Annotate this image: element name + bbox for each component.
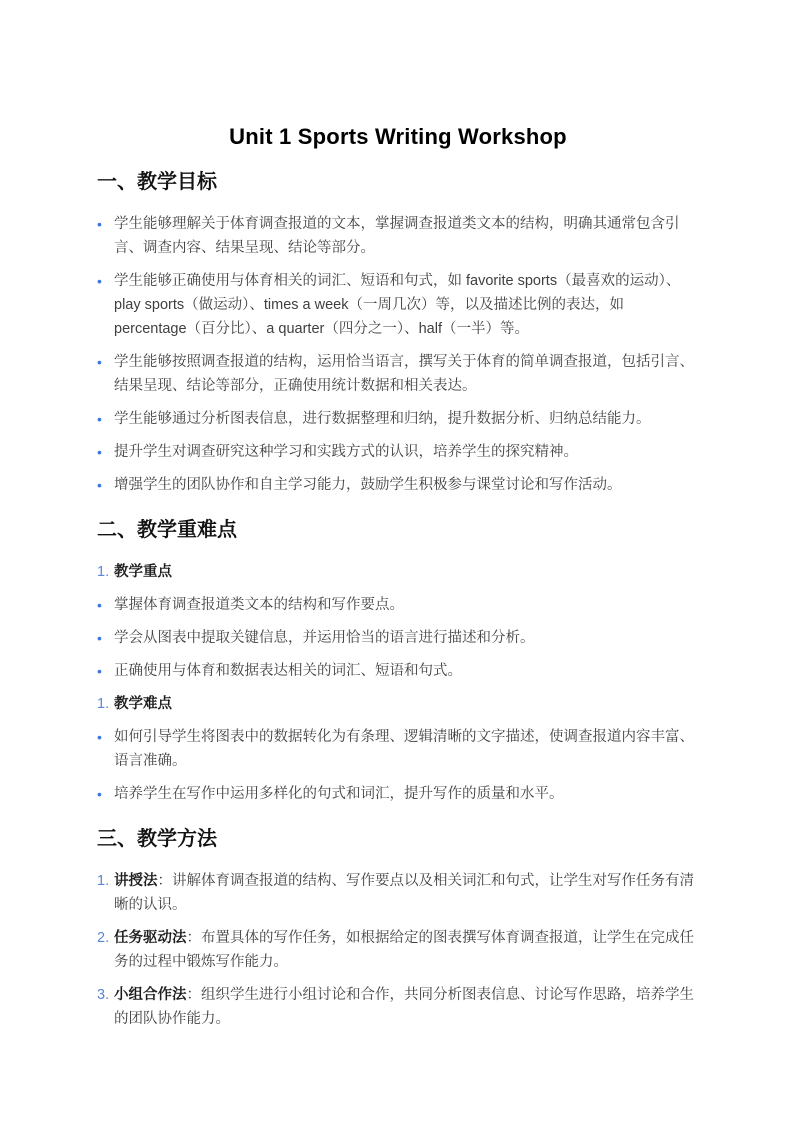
item-body: ：组织学生进行小组讨论和合作，共同分析图表信息、讨论写作思路，培养学生的团队协作… <box>114 987 694 1027</box>
item-number: 3. <box>97 983 114 1007</box>
list-item-numbered: 3. 小组合作法：组织学生进行小组讨论和合作，共同分析图表信息、讨论写作思路，培… <box>97 983 699 1031</box>
section-heading-objectives: 一、教学目标 <box>97 168 699 196</box>
bullet-icon: • <box>97 440 114 464</box>
item-text: 教学重点 <box>114 560 699 584</box>
item-number: 1. <box>97 692 114 716</box>
list-item: • 学生能够理解关于体育调查报道的文本，掌握调查报道类文本的结构，明确其通常包含… <box>97 212 699 260</box>
document-title: Unit 1 Sports Writing Workshop <box>97 122 699 151</box>
bullet-icon: • <box>97 350 114 374</box>
item-text: 如何引导学生将图表中的数据转化为有条理、逻辑清晰的文字描述，使调查报道内容丰富、… <box>114 725 699 773</box>
item-text: 增强学生的团队协作和自主学习能力，鼓励学生积极参与课堂讨论和写作活动。 <box>114 473 699 497</box>
item-number: 1. <box>97 560 114 584</box>
item-number: 2. <box>97 926 114 950</box>
list-item: • 增强学生的团队协作和自主学习能力，鼓励学生积极参与课堂讨论和写作活动。 <box>97 473 699 497</box>
item-text: 正确使用与体育和数据表达相关的词汇、短语和句式。 <box>114 659 699 683</box>
item-text: 学生能够正确使用与体育相关的词汇、短语和句式，如 favorite sports… <box>114 269 699 341</box>
item-body: 学生能够按照调查报道的结构，运用恰当语言，撰写关于体育的简单调查报道，包括引言、… <box>114 354 694 394</box>
list-item-numbered: 1. 讲授法：讲解体育调查报道的结构、写作要点以及相关词汇和句式，让学生对写作任… <box>97 869 699 917</box>
bullet-icon: • <box>97 473 114 497</box>
item-body: 如何引导学生将图表中的数据转化为有条理、逻辑清晰的文字描述，使调查报道内容丰富、… <box>114 729 694 769</box>
item-body: 增强学生的团队协作和自主学习能力，鼓励学生积极参与课堂讨论和写作活动。 <box>114 477 622 493</box>
item-body: 学会从图表中提取关键信息，并运用恰当的语言进行描述和分析。 <box>114 630 535 646</box>
item-body: 掌握体育调查报道类文本的结构和写作要点。 <box>114 597 404 613</box>
list-item: • 正确使用与体育和数据表达相关的词汇、短语和句式。 <box>97 659 699 683</box>
item-text: 小组合作法：组织学生进行小组讨论和合作，共同分析图表信息、讨论写作思路，培养学生… <box>114 983 699 1031</box>
item-body: 正确使用与体育和数据表达相关的词汇、短语和句式。 <box>114 663 462 679</box>
item-body: 提升学生对调查研究这种学习和实践方式的认识，培养学生的探究精神。 <box>114 444 578 460</box>
item-text: 任务驱动法：布置具体的写作任务，如根据给定的图表撰写体育调查报道，让学生在完成任… <box>114 926 699 974</box>
item-body: 学生能够正确使用与体育相关的词汇、短语和句式，如 favorite sports… <box>114 273 680 337</box>
item-text: 学生能够理解关于体育调查报道的文本，掌握调查报道类文本的结构，明确其通常包含引言… <box>114 212 699 260</box>
item-number: 1. <box>97 869 114 893</box>
item-body: ：讲解体育调查报道的结构、写作要点以及相关词汇和句式，让学生对写作任务有清晰的认… <box>114 873 694 913</box>
document-page: Unit 1 Sports Writing Workshop 一、教学目标 • … <box>0 0 794 1123</box>
list-item: • 学生能够正确使用与体育相关的词汇、短语和句式，如 favorite spor… <box>97 269 699 341</box>
list-item-numbered: 1. 教学难点 <box>97 692 699 716</box>
list-item: • 提升学生对调查研究这种学习和实践方式的认识，培养学生的探究精神。 <box>97 440 699 464</box>
item-text: 培养学生在写作中运用多样化的句式和词汇，提升写作的质量和水平。 <box>114 782 699 806</box>
list-item: • 掌握体育调查报道类文本的结构和写作要点。 <box>97 593 699 617</box>
bullet-icon: • <box>97 659 114 683</box>
list-item: • 学生能够按照调查报道的结构，运用恰当语言，撰写关于体育的简单调查报道，包括引… <box>97 350 699 398</box>
item-text: 学会从图表中提取关键信息，并运用恰当的语言进行描述和分析。 <box>114 626 699 650</box>
bullet-icon: • <box>97 626 114 650</box>
list-item: • 学生能够通过分析图表信息，进行数据整理和归纳，提升数据分析、归纳总结能力。 <box>97 407 699 431</box>
list-item: • 如何引导学生将图表中的数据转化为有条理、逻辑清晰的文字描述，使调查报道内容丰… <box>97 725 699 773</box>
bullet-icon: • <box>97 593 114 617</box>
item-body: 学生能够理解关于体育调查报道的文本，掌握调查报道类文本的结构，明确其通常包含引言… <box>114 216 680 256</box>
item-text: 掌握体育调查报道类文本的结构和写作要点。 <box>114 593 699 617</box>
item-text: 讲授法：讲解体育调查报道的结构、写作要点以及相关词汇和句式，让学生对写作任务有清… <box>114 869 699 917</box>
section-heading-key-points: 二、教学重难点 <box>97 516 699 544</box>
list-item: • 学会从图表中提取关键信息，并运用恰当的语言进行描述和分析。 <box>97 626 699 650</box>
bullet-icon: • <box>97 782 114 806</box>
list-item: • 培养学生在写作中运用多样化的句式和词汇，提升写作的质量和水平。 <box>97 782 699 806</box>
item-text: 教学难点 <box>114 692 699 716</box>
item-label: 教学难点 <box>114 696 172 712</box>
bullet-icon: • <box>97 212 114 236</box>
item-text: 学生能够按照调查报道的结构，运用恰当语言，撰写关于体育的简单调查报道，包括引言、… <box>114 350 699 398</box>
section-heading-methods: 三、教学方法 <box>97 825 699 853</box>
item-body: 培养学生在写作中运用多样化的句式和词汇，提升写作的质量和水平。 <box>114 786 564 802</box>
item-text: 提升学生对调查研究这种学习和实践方式的认识，培养学生的探究精神。 <box>114 440 699 464</box>
item-label: 任务驱动法 <box>114 930 187 946</box>
item-label: 讲授法 <box>114 873 158 889</box>
item-body: ：布置具体的写作任务，如根据给定的图表撰写体育调查报道，让学生在完成任务的过程中… <box>114 930 694 970</box>
list-item-numbered: 2. 任务驱动法：布置具体的写作任务，如根据给定的图表撰写体育调查报道，让学生在… <box>97 926 699 974</box>
item-body: 学生能够通过分析图表信息，进行数据整理和归纳，提升数据分析、归纳总结能力。 <box>114 411 651 427</box>
item-label: 教学重点 <box>114 564 172 580</box>
list-item-numbered: 1. 教学重点 <box>97 560 699 584</box>
item-text: 学生能够通过分析图表信息，进行数据整理和归纳，提升数据分析、归纳总结能力。 <box>114 407 699 431</box>
bullet-icon: • <box>97 725 114 749</box>
bullet-icon: • <box>97 269 114 293</box>
bullet-icon: • <box>97 407 114 431</box>
item-label: 小组合作法 <box>114 987 187 1003</box>
